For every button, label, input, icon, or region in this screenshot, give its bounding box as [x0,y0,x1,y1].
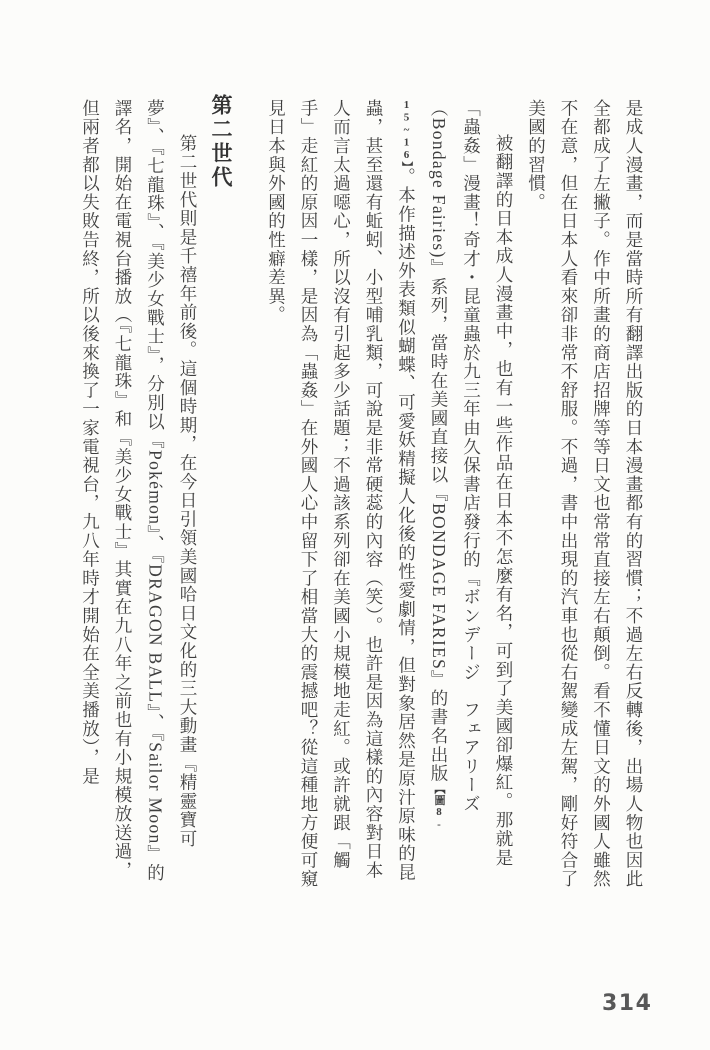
paragraph-text: 被翻譯的日本成人漫畫中，也有一些作品在日本不怎麼有名，可到了美國卻爆紅。那就是「… [429,99,514,867]
page-number: 314 [602,991,652,1016]
book-page: 是成人漫畫，而是當時所有翻譯出版的日本漫畫都有的習慣；不過左右反轉後，出場人物也… [0,0,710,1050]
paragraph-text: 。本作描述外表類似蝴蝶、可愛妖精擬人化後的性愛劇情，但對象居然是原汁原味的昆蟲，… [267,99,417,889]
paragraph-second-generation: 第二世代則是千禧年前後。這個時期，在今日引領美國哈日文化的三大動畫『精靈寶可夢』… [74,99,204,893]
section-heading: 第二世代 [204,94,237,893]
paragraph-translation-habits: 是成人漫畫，而是當時所有翻譯出版的日本漫畫都有的習慣；不過左右反轉後，出場人物也… [520,99,650,893]
page-text-block: 是成人漫畫，而是當時所有翻譯出版的日本漫畫都有的習慣；不過左右反轉後，出場人物也… [74,99,650,893]
paragraph-bondage-fairies: 被翻譯的日本成人漫畫中，也有一些作品在日本不怎麼有名，可到了美國卻爆紅。那就是「… [260,99,520,893]
